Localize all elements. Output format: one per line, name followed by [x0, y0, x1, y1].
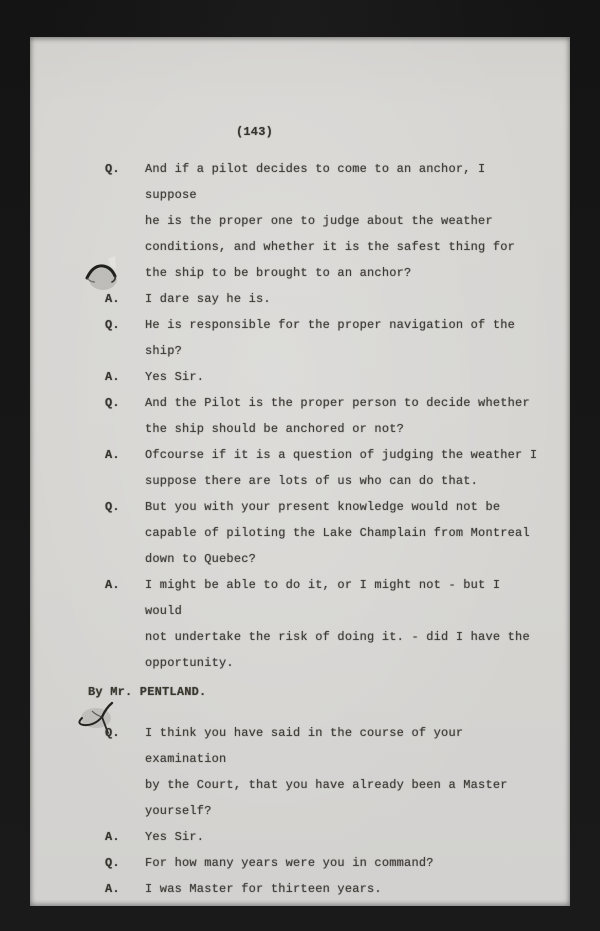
examiner-byline: By Mr. PENTLAND.	[30, 679, 570, 705]
entry-text: I was Master for thirteen years.	[145, 876, 540, 902]
entry-text: For how many years were you in command?	[145, 850, 540, 876]
transcript-entry: A.Ofcourse if it is a question of judgin…	[30, 442, 570, 494]
transcript-entry: Q.But you with your present knowledge wo…	[30, 494, 570, 572]
transcript-entry: Q.For how many years were you in command…	[30, 850, 570, 876]
transcript-entry: Q.I think you have said in the course of…	[30, 720, 570, 824]
scanner-background: (143) Q.And if a pilot decides to come t…	[0, 0, 600, 931]
entry-text: I dare say he is.	[145, 286, 540, 312]
transcript-entry: A.Yes Sir.	[30, 364, 570, 390]
transcript-entry: Q.And the Pilot is the proper person to …	[30, 390, 570, 442]
transcript-content: (143) Q.And if a pilot decides to come t…	[30, 37, 570, 902]
speaker-label: A.	[105, 442, 120, 468]
entry-text: Ofcourse if it is a question of judging …	[145, 442, 540, 494]
speaker-label: A.	[105, 286, 120, 312]
entry-text: Yes Sir.	[145, 824, 540, 850]
transcript-entry: Q.He is responsible for the proper navig…	[30, 312, 570, 364]
transcript-body: Q.And if a pilot decides to come to an a…	[30, 156, 570, 902]
speaker-label: Q.	[105, 494, 120, 520]
entry-text: He is responsible for the proper navigat…	[145, 312, 540, 364]
speaker-label: A.	[105, 876, 120, 902]
transcript-entry: Q.And if a pilot decides to come to an a…	[30, 156, 570, 286]
entry-text: And if a pilot decides to come to an anc…	[145, 156, 540, 286]
transcript-entry: A.I dare say he is.	[30, 286, 570, 312]
entry-text: Yes Sir.	[145, 364, 540, 390]
speaker-label: A.	[105, 824, 120, 850]
transcript-entry: A.Yes Sir.	[30, 824, 570, 850]
document-page: (143) Q.And if a pilot decides to come t…	[30, 37, 570, 906]
speaker-label: A.	[105, 572, 120, 598]
speaker-label: A.	[105, 364, 120, 390]
speaker-label: Q.	[105, 850, 120, 876]
speaker-label: Q.	[105, 390, 120, 416]
entry-text: I think you have said in the course of y…	[145, 720, 540, 824]
speaker-label: Q.	[105, 720, 120, 746]
entry-text: But you with your present knowledge woul…	[145, 494, 540, 572]
transcript-entry: A.I might be able to do it, or I might n…	[30, 572, 570, 676]
entry-text: And the Pilot is the proper person to de…	[145, 390, 540, 442]
speaker-label: Q.	[105, 312, 120, 338]
transcript-entry: A.I was Master for thirteen years.	[30, 876, 570, 902]
page-number: (143)	[30, 119, 570, 145]
speaker-label: Q.	[105, 156, 120, 182]
entry-text: I might be able to do it, or I might not…	[145, 572, 540, 676]
